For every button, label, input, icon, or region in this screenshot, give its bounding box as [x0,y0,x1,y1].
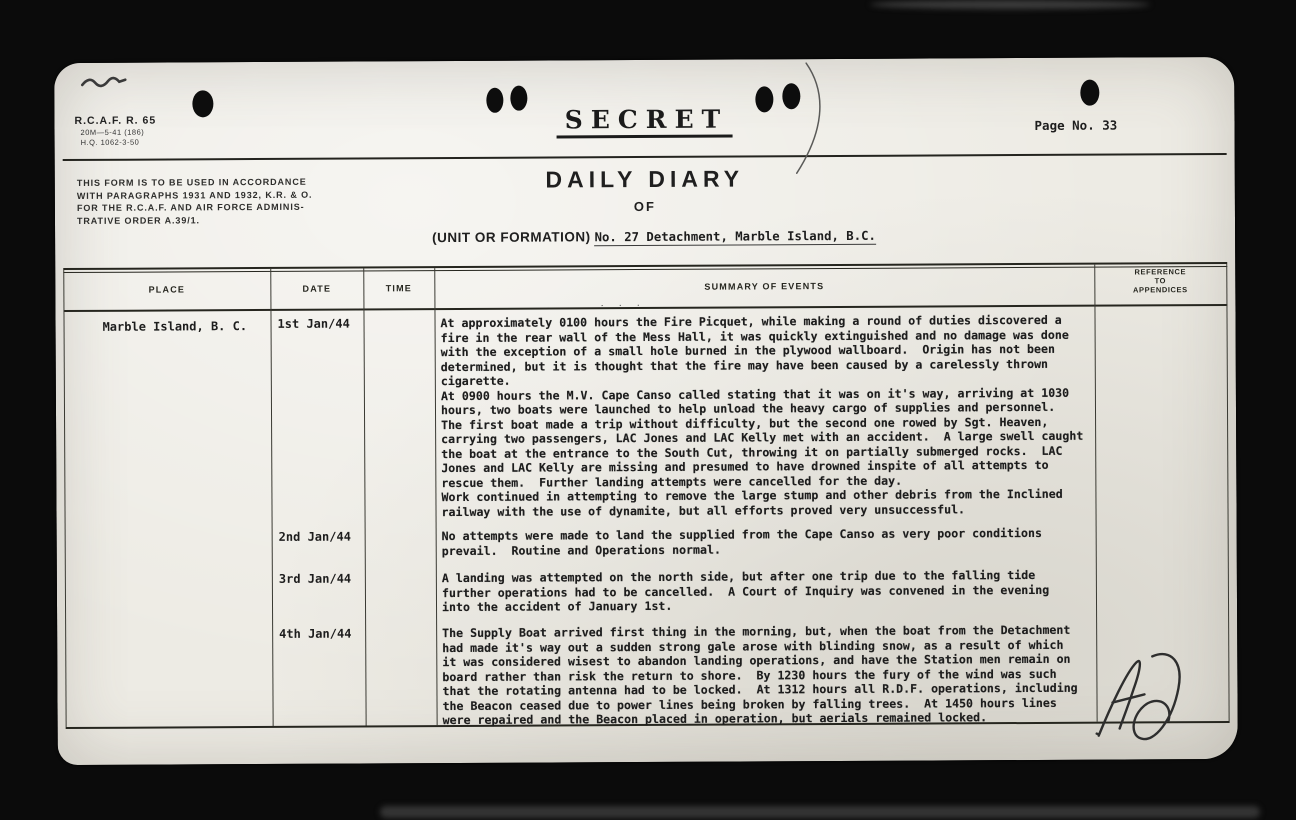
column-divider-time-summary [434,268,438,725]
unit-formation-label: (UNIT OR FORMATION) [432,229,591,245]
column-header-place: PLACE [63,284,270,295]
header-rule [63,153,1227,161]
form-id-hq-ref: H.Q. 1062-3-50 [81,138,157,147]
entry-summary: A landing was attempted on the north sid… [442,568,1100,615]
page-number: Page No. 33 [1034,118,1117,133]
stray-dots-artifact: · · · [600,300,646,311]
entry-summary: No attempts were made to land the suppli… [442,526,1100,558]
entry-summary: The Supply Boat arrived first thing in t… [442,623,1101,728]
pen-scribble-mark [82,78,125,86]
document-title-of: OF [634,199,656,214]
scanned-document-screenshot: { "document": { "classification": "SECRE… [0,0,1296,820]
column-header-summary: SUMMARY OF EVENTS [434,280,1094,293]
classification-stamp: SECRET [557,105,733,139]
entry-date: 4th Jan/44 [279,626,369,640]
entry-summary: At approximately 0100 hours the Fire Pic… [441,313,1100,519]
scanner-streak [380,806,1260,818]
entry-date: 2nd Jan/44 [279,529,369,543]
column-header-reference: REFERENCE TO APPENDICES [1094,267,1226,295]
place-value: Marble Island, B. C. [103,319,248,334]
entry-date: 1st Jan/44 [278,316,368,330]
table-top-border [63,262,1227,273]
scanner-streak [870,0,1150,9]
document-title: DAILY DIARY [545,165,744,192]
signature-mark [1096,654,1180,739]
table-border-left [63,270,67,727]
document-page: R.C.A.F. R. 65 20M—5-41 (186) H.Q. 1062-… [54,57,1238,765]
column-header-time: TIME [363,283,434,293]
column-divider-date-time [363,268,367,725]
table-border-right [1226,264,1230,721]
unit-row: (UNIT OR FORMATION)No. 27 Detachment, Ma… [432,227,876,247]
entry-date: 3rd Jan/44 [279,571,369,585]
column-divider-place-date [270,269,274,726]
column-header-date: DATE [270,283,363,293]
title-row: DAILY DIARY [55,163,1235,196]
unit-formation-value: No. 27 Detachment, Marble Island, B.C. [595,229,876,246]
